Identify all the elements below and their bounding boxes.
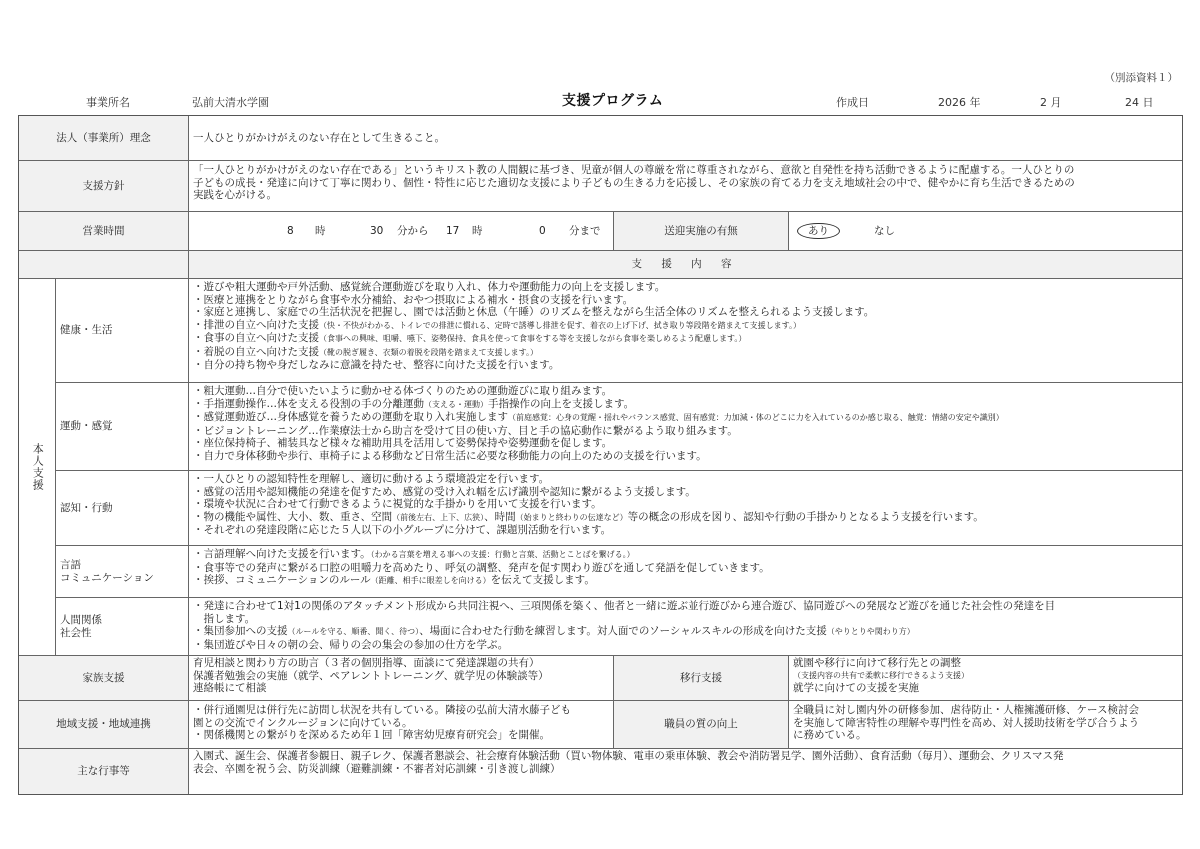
support-program-table: 法人（事業所）理念 一人ひとりがかけがえのない存在として生きること。 支援方針 … [18, 115, 1183, 795]
start-hour: 8 [287, 225, 294, 238]
list-item: ・物の機能や属性、大小、数、重さ、空間（前後左右、上下、広狭）、時間（始まりと終… [193, 511, 1178, 525]
page-title: 支援プログラム [562, 90, 663, 110]
list-item: ・医療と連携をとりながら食事や水分補給、おやつ摂取による補水・摂食の支援を行いま… [193, 294, 1178, 307]
from-unit: 分から [397, 225, 429, 238]
hours-value: 8 時 30 分から 17 時 0 分まで [189, 212, 614, 251]
office-label: 事業所名 [86, 94, 130, 110]
list-item: ・集団参加への支援（ルールを守る、順番、聞く、待つ）、場面に合わせた行動を練習し… [193, 625, 1178, 639]
transport-yes-option[interactable]: あり [797, 223, 840, 240]
section-label-language: 言語コミュニケーション [56, 546, 189, 598]
created-year: 2026 年 [938, 94, 981, 110]
community-support-label: 地域支援・地域連携 [19, 701, 189, 749]
section-label-health: 健康・生活 [56, 279, 189, 383]
staff-quality-content: 全職員に対し園内外の研修参加、虐待防止・人権擁護研修、ケース検討会 を実施して障… [789, 701, 1182, 749]
section-label-cognition: 認知・行動 [56, 471, 189, 546]
created-month: 2 月 [1040, 94, 1062, 110]
section-content-cognition: ・一人ひとりの認知特性を理解し、適切に動けるよう環境設定を行います。 ・感覚の活… [189, 471, 1182, 546]
hour-unit-2: 時 [472, 225, 483, 238]
hours-label: 営業時間 [19, 212, 189, 251]
reference-note: （別添資料１） [1105, 70, 1179, 85]
list-item: ・座位保持椅子、補装具など様々な補助用具を活用して姿勢保持や姿勢運動を促します。 [193, 437, 1178, 450]
list-item: ・感覚運動遊び…身体感覚を養うための運動を取り入れ実施します（前庭感覚：心身の覚… [193, 411, 1178, 425]
section-content-language: ・言語理解へ向けた支援を行います。（わかる言葉を増える事への支援：行動と言葉、活… [189, 546, 1182, 598]
section-content-social: ・発達に合わせて1対1の関係のアタッチメント形成から共同注視へ、三項関係を築く、… [189, 598, 1182, 656]
list-item: ・家庭と連携し、家庭での生活状況を把握し、園では活動と休息（午睡）のリズムを整え… [193, 306, 1178, 319]
list-item: ・挨拶、コミュニケーションのルール（距離、相手に眼差しを向ける）を伝えて支援しま… [193, 574, 1178, 588]
policy-line: 「一人ひとりがかけがえのない存在である」というキリスト教の人間観に基づき、児童が… [193, 164, 1178, 177]
hour-unit: 時 [315, 225, 326, 238]
transition-support-content: 就園や移行に向けて移行先との調整 （支援内容の共有で柔軟に移行できるよう支援） … [789, 656, 1182, 701]
transition-support-label: 移行支援 [614, 656, 789, 701]
list-item: ・それぞれの発達段階に応じた５人以下の小グループに分けて、課題別活動を行います。 [193, 524, 1178, 537]
end-hour: 17 [446, 225, 459, 238]
list-item: ・発達に合わせて1対1の関係のアタッチメント形成から共同注視へ、三項関係を築く、… [193, 600, 1178, 613]
policy-label: 支援方針 [19, 161, 189, 212]
events-label: 主な行事等 [19, 749, 189, 794]
list-item: ・感覚の活用や認知機能の発達を促すため、感覚の受け入れ幅を広げ識別や認知に繋がる… [193, 486, 1178, 499]
transport-no-option[interactable]: なし [874, 225, 895, 238]
family-support-content: 育児相談と関わり方の助言（３者の個別指導、面談にて発達課題の共有） 保護者勉強会… [189, 656, 614, 701]
list-item: ・粗大運動…自分で使いたいように動かせる体づくりのための運動遊びに取り組みます。 [193, 385, 1178, 398]
to-unit: 分まで [569, 225, 601, 238]
transport-options: あり なし [789, 212, 1182, 251]
events-content: 入園式、誕生会、保護者参観日、親子レク、保護者懇談会、社会療育体験活動（買い物体… [189, 749, 1182, 794]
section-content-motor: ・粗大運動…自分で使いたいように動かせる体づくりのための運動遊びに取り組みます。… [189, 383, 1182, 471]
list-item: ・一人ひとりの認知特性を理解し、適切に動けるよう環境設定を行います。 [193, 473, 1178, 486]
start-minute: 30 [370, 225, 383, 238]
created-label: 作成日 [836, 94, 869, 110]
list-item: ・自力で身体移動や歩行、車椅子による移動など日常生活に必要な移動能力の向上のため… [193, 450, 1178, 463]
philosophy-text: 一人ひとりがかけがえのない存在として生きること。 [189, 116, 1182, 161]
created-day: 24 日 [1125, 94, 1154, 110]
family-support-label: 家族支援 [19, 656, 189, 701]
list-item: ・食事の自立へ向けた支援（食事への興味、咀嚼、嚥下、姿勢保持、食具を使って食事を… [193, 332, 1178, 346]
philosophy-label: 法人（事業所）理念 [19, 116, 189, 161]
list-item: ・言語理解へ向けた支援を行います。（わかる言葉を増える事への支援：行動と言葉、活… [193, 548, 1178, 562]
section-content-health: ・遊びや粗大運動や戸外活動、感覚統合運動遊びを取り入れ、体力や運動能力の向上を支… [189, 279, 1182, 383]
support-content-header: 支 援 内 容 [189, 251, 1182, 279]
list-item: ・排泄の自立へ向けた支援（快・不快がわかる、トイレでの排泄に慣れる、定時で誘導し… [193, 319, 1178, 333]
policy-line: 実践を心がける。 [193, 189, 1178, 202]
office-name: 弘前大清水学園 [192, 94, 269, 110]
section-label-motor: 運動・感覚 [56, 383, 189, 471]
staff-quality-label: 職員の質の向上 [614, 701, 789, 749]
policy-text: 「一人ひとりがかけがえのない存在である」というキリスト教の人間観に基づき、児童が… [189, 161, 1182, 212]
transport-label: 送迎実施の有無 [614, 212, 789, 251]
end-minute: 0 [539, 225, 546, 238]
list-item: ・集団遊びや日々の朝の会、帰りの会の集会の参加の仕方を学ぶ。 [193, 639, 1178, 652]
list-item: ・環境や状況に合わせて行動できるように視覚的な手掛かりを用いて支援を行います。 [193, 498, 1178, 511]
policy-line: 子どもの成長・発達に向けて丁寧に関わり、個性・特性に応じた適切な支援により子ども… [193, 177, 1178, 190]
list-item: ・食事等での発声に繋がる口腔の咀嚼力を高めたり、呼気の調整、発声を促す関わり遊び… [193, 562, 1178, 575]
list-item: ・ビジョントレーニング…作業療法士から助言を受けて目の使い方、目と手の協応動作に… [193, 425, 1178, 438]
community-support-content: ・併行通園児は併行先に訪問し状況を共有している。隣接の弘前大清水藤子ども 園との… [189, 701, 614, 749]
list-item: ・遊びや粗大運動や戸外活動、感覚統合運動遊びを取り入れ、体力や運動能力の向上を支… [193, 281, 1178, 294]
list-item: 指します。 [193, 613, 1178, 626]
personal-support-label: 本人支援 [19, 279, 56, 656]
support-header-blank [19, 251, 189, 279]
list-item: ・自分の持ち物や身だしなみに意識を持たせ、整容に向けた支援を行います。 [193, 359, 1178, 372]
section-label-social: 人間関係社会性 [56, 598, 189, 656]
list-item: ・手指運動操作…体を支える役割の手の分離運動（支える・運動）手指操作の向上を支援… [193, 398, 1178, 412]
list-item: ・着脱の自立へ向けた支援（靴の脱ぎ履き、衣類の着脱を段階を踏まえて支援します。） [193, 346, 1178, 360]
